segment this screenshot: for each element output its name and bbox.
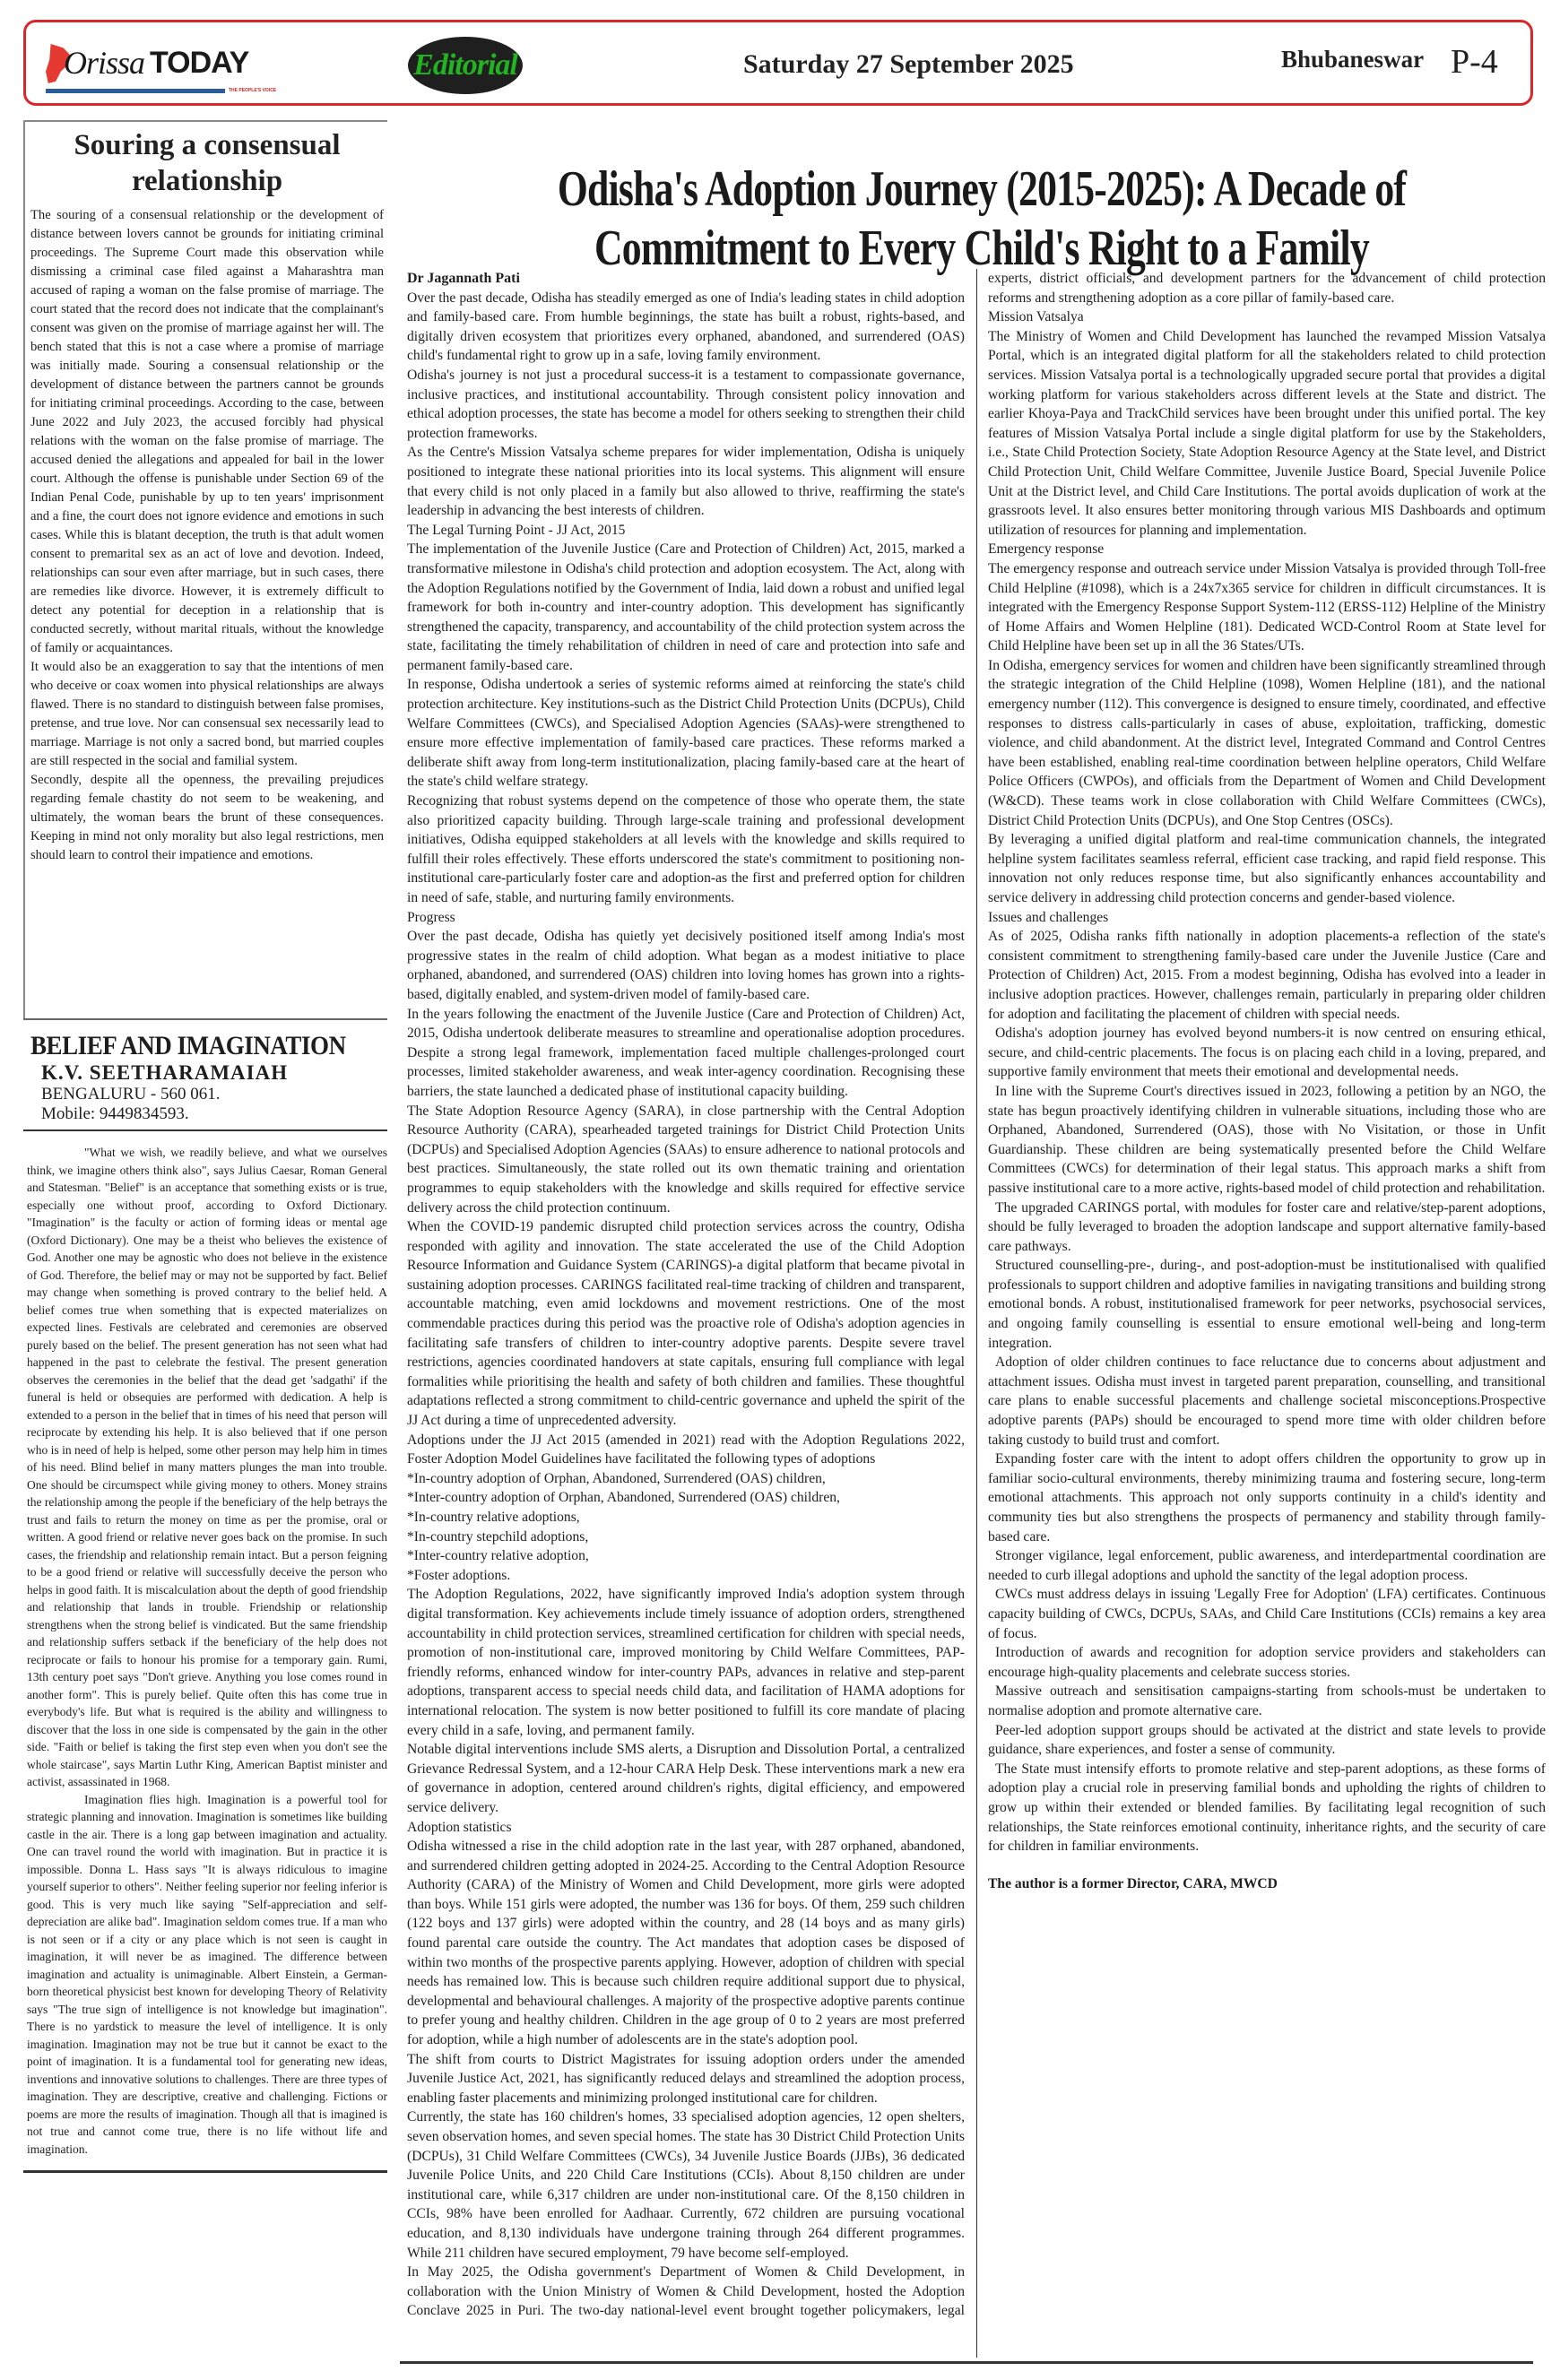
article-paragraph: The implementation of the Juvenile Justi… (407, 540, 965, 675)
logo-name: Orissa (64, 44, 144, 82)
divider (400, 2361, 1533, 2364)
list-item: *Inter-country adoption of Orphan, Aband… (407, 1488, 965, 1508)
main-article: Dr Jagannath Pati Over the past decade, … (407, 269, 1546, 2358)
editorial-box: Souring a consensual relationship The so… (23, 120, 387, 1018)
logo-underline (46, 89, 225, 93)
column-title: BELIEF AND IMAGINATION (30, 1031, 351, 1061)
column-header: BELIEF AND IMAGINATION K.V. SEETHARAMAIA… (23, 1020, 387, 1124)
article-paragraph: As of 2025, Odisha ranks fifth nationall… (988, 927, 1546, 1024)
section-subheading: Emergency response (988, 540, 1546, 559)
article-paragraph: In Odisha, emergency services for women … (988, 656, 1546, 830)
article-paragraph: The State Adoption Resource Agency (SARA… (407, 1102, 965, 1218)
editorial-title: Souring a consensual relationship (30, 127, 384, 199)
article-paragraph: The emergency response and outreach serv… (988, 559, 1546, 656)
article-paragraph: Adoption of older children continues to … (988, 1353, 1546, 1450)
article-paragraph: Over the past decade, Odisha has quietly… (407, 927, 965, 1004)
section-badge: Editorial (408, 37, 523, 94)
article-paragraph: The shift from courts to District Magist… (407, 2050, 965, 2108)
article-paragraph: By leveraging a unified digital platform… (988, 830, 1546, 907)
article-paragraph: Recognizing that robust systems depend o… (407, 792, 965, 908)
article-paragraph: Stronger vigilance, legal enforcement, p… (988, 1546, 1546, 1585)
article-paragraph: Introduction of awards and recognition f… (988, 1643, 1546, 1682)
article-paragraph: Structured counselling-pre-, during-, an… (988, 1256, 1546, 1353)
article-paragraph: Notable digital interventions include SM… (407, 1740, 965, 1817)
article-paragraph: Odisha's adoption journey has evolved be… (988, 1024, 1546, 1082)
list-item: *In-country stepchild adoptions, (407, 1528, 965, 1547)
column-paragraph: "What we wish, we readily believe, and w… (27, 1144, 387, 1791)
article-paragraph: As the Centre's Mission Vatsalya scheme … (407, 443, 965, 520)
article-paragraph: Odisha's journey is not just a procedura… (407, 366, 965, 443)
edition-city: Bhubaneswar (1281, 46, 1424, 74)
section-label: Editorial (413, 48, 517, 82)
article-paragraph: In line with the Supreme Court's directi… (988, 1082, 1546, 1199)
list-item: *In-country relative adoptions, (407, 1508, 965, 1528)
section-subheading: Adoption statistics (407, 1818, 965, 1838)
article-paragraph: Currently, the state has 160 children's … (407, 2107, 965, 2263)
article-paragraph: In response, Odisha undertook a series o… (407, 675, 965, 792)
section-subheading: Issues and challenges (988, 908, 1546, 928)
belief-column: BELIEF AND IMAGINATION K.V. SEETHARAMAIA… (23, 1020, 387, 2173)
list-item: *Inter-country relative adoption, (407, 1546, 965, 1566)
article-paragraph: Odisha witnessed a rise in the child ado… (407, 1837, 965, 2050)
article-headline: Odisha's Adoption Journey (2015-2025): A… (545, 160, 1419, 278)
column-author: K.V. SEETHARAMAIAH (41, 1061, 387, 1085)
author-note: The author is a former Director, CARA, M… (988, 1874, 1546, 1894)
article-paragraph: The State must intensify efforts to prom… (988, 1760, 1546, 1856)
editorial-paragraph: The souring of a consensual relationship… (30, 206, 384, 658)
editorial-paragraph: It would also be an exaggeration to say … (30, 658, 384, 771)
article-paragraph: Over the past decade, Odisha has steadil… (407, 289, 965, 366)
article-paragraph: The upgraded CARINGS portal, with module… (988, 1199, 1546, 1257)
list-item: *Foster adoptions. (407, 1566, 965, 1586)
author-mobile: Mobile: 9449834593. (41, 1104, 387, 1124)
divider (23, 2170, 387, 2173)
section-subheading: Progress (407, 908, 965, 928)
article-paragraph: Peer-led adoption support groups should … (988, 1721, 1546, 1760)
article-byline: Dr Jagannath Pati (407, 269, 965, 289)
masthead: Orissa TODAY THE PEOPLE'S VOICE Editoria… (23, 20, 1533, 106)
column-body: "What we wish, we readily believe, and w… (23, 1129, 387, 2158)
article-paragraph: In the years following the enactment of … (407, 1005, 965, 1102)
article-paragraph: The Ministry of Women and Child Developm… (988, 327, 1546, 541)
section-subheading: The Legal Turning Point - JJ Act, 2015 (407, 521, 965, 541)
article-paragraph: Expanding foster care with the intent to… (988, 1450, 1546, 1546)
article-paragraph: Massive outreach and sensitisation campa… (988, 1682, 1546, 1720)
logo-tagline: THE PEOPLE'S VOICE (229, 88, 276, 93)
editorial-paragraph: Secondly, despite all the openness, the … (30, 771, 384, 865)
article-paragraph: When the COVID-19 pandemic disrupted chi… (407, 1217, 965, 1431)
edition-date: Saturday 27 September 2025 (743, 49, 1074, 80)
list-item: *In-country adoption of Orphan, Abandone… (407, 1469, 965, 1489)
logo-today: TODAY (150, 46, 248, 81)
orissa-today-logo[interactable]: Orissa TODAY THE PEOPLE'S VOICE (46, 39, 180, 100)
author-address: BENGALURU - 560 061. (41, 1085, 387, 1104)
section-subheading: Mission Vatsalya (988, 307, 1546, 327)
left-column: Souring a consensual relationship The so… (23, 120, 387, 2173)
article-paragraph: The Adoption Regulations, 2022, have sig… (407, 1585, 965, 1740)
page-number: P-4 (1451, 42, 1498, 82)
column-paragraph: Imagination flies high. Imagination is a… (27, 1791, 387, 2159)
article-paragraph: CWCs must address delays in issuing 'Leg… (988, 1585, 1546, 1643)
article-paragraph: Adoptions under the JJ Act 2015 (amended… (407, 1431, 965, 1469)
